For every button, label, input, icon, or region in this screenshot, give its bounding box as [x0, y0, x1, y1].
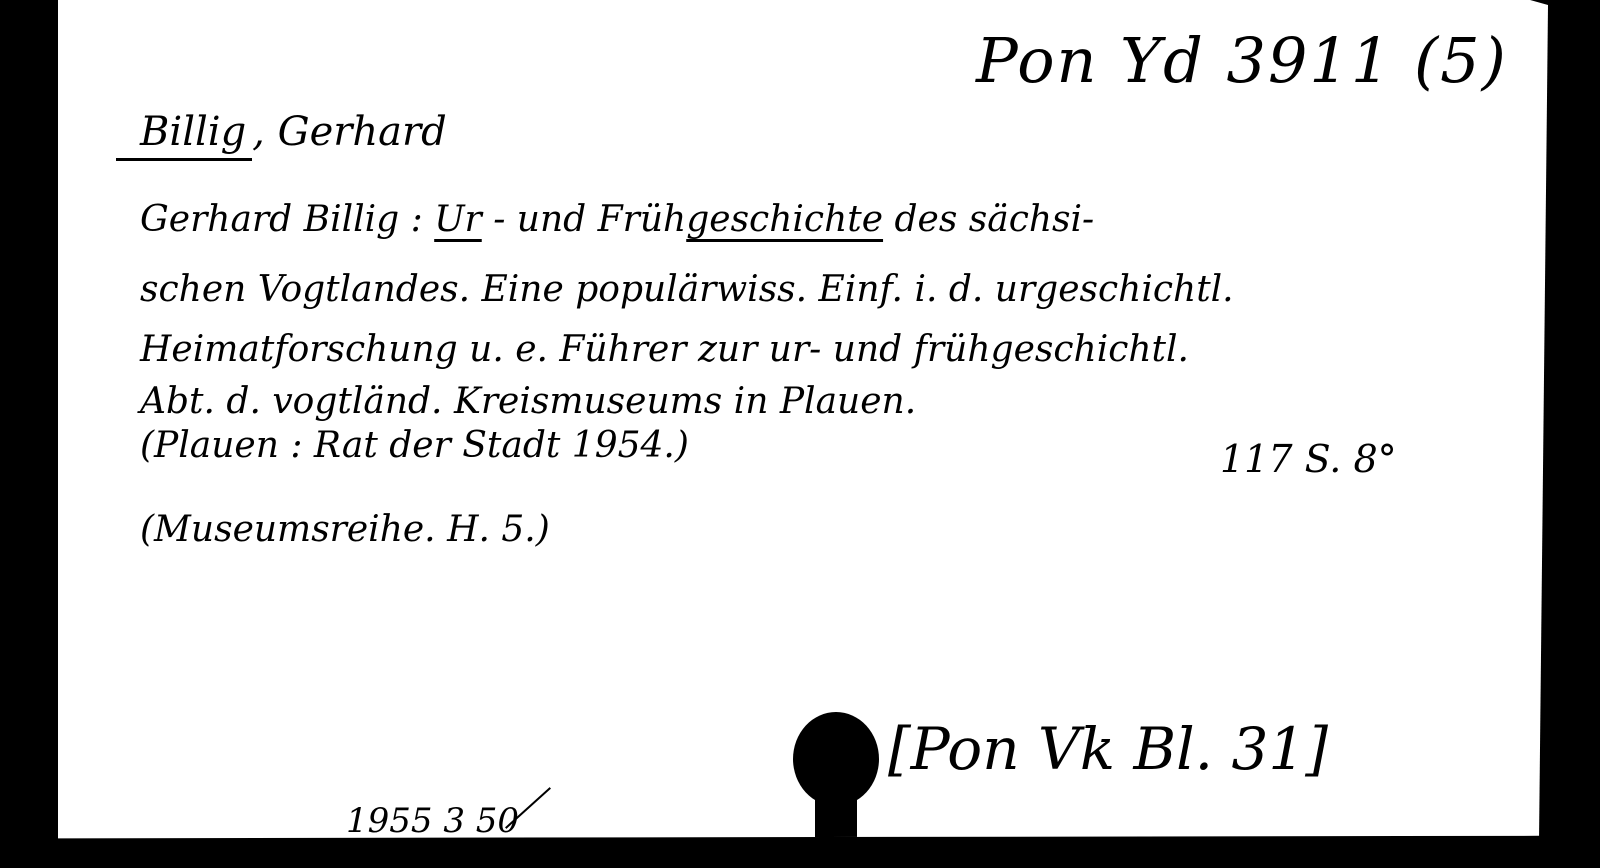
- author-heading: Billig, Gerhard: [140, 112, 447, 161]
- old-shelfmark: [Pon Vk Bl. 31]: [888, 720, 1328, 778]
- title-word-geschichte: geschichte: [686, 199, 883, 240]
- catalog-card: Pon Yd 3911 (5) Billig, Gerhard Gerhard …: [58, 0, 1548, 840]
- entry-line-2: schen Vogtlandes. Eine populärwiss. Einf…: [140, 272, 1234, 308]
- author-surname: Billig: [116, 112, 252, 161]
- title-connector: - und: [482, 199, 598, 240]
- statement-of-responsibility: Gerhard Billig :: [140, 199, 434, 240]
- heading-separator: ,: [252, 109, 265, 155]
- punch-hole-slot: [815, 790, 857, 850]
- title-continuation: des sächsi-: [883, 199, 1094, 240]
- series-statement: (Museumsreihe. H. 5.): [140, 512, 550, 548]
- entry-line-1: Gerhard Billig : Ur - und Frühgeschichte…: [140, 202, 1094, 238]
- accession-number: 1955 3 50: [346, 778, 529, 838]
- title-word-frueh: Früh: [598, 199, 687, 240]
- title-word-ur: Ur: [434, 199, 482, 240]
- accession-number-text: 1955 3 50: [346, 801, 519, 841]
- entry-line-3: Heimatforschung u. e. Führer zur ur- und…: [140, 332, 1189, 368]
- entry-line-4: Abt. d. vogtländ. Kreismuseums in Plauen…: [140, 384, 916, 420]
- call-number: Pon Yd 3911 (5): [976, 30, 1508, 92]
- author-forename: Gerhard: [278, 109, 447, 155]
- collation: 117 S. 8°: [1220, 440, 1397, 478]
- imprint: (Plauen : Rat der Stadt 1954.): [140, 428, 689, 464]
